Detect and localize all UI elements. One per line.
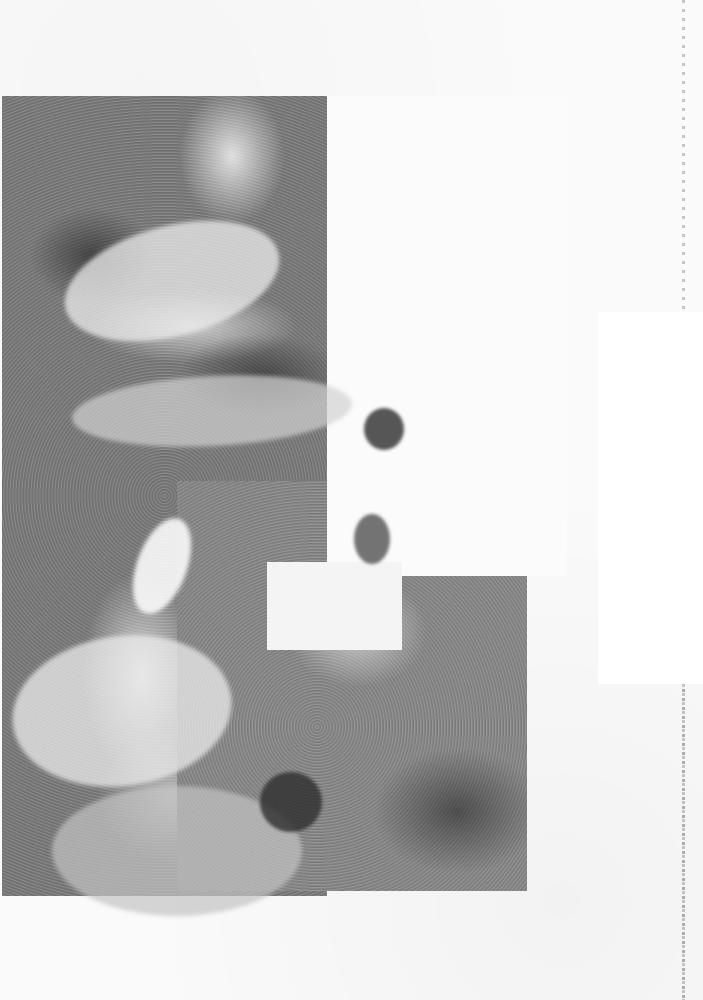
blank-cutout [327, 96, 567, 576]
figure-head-2 [354, 514, 390, 564]
figure-head-3 [260, 772, 322, 832]
white-sign-card [267, 562, 402, 650]
figure-head-1 [364, 408, 404, 450]
blank-panel [598, 312, 703, 684]
halftone-photograph [2, 96, 562, 896]
fold-line-lower [682, 680, 685, 1000]
